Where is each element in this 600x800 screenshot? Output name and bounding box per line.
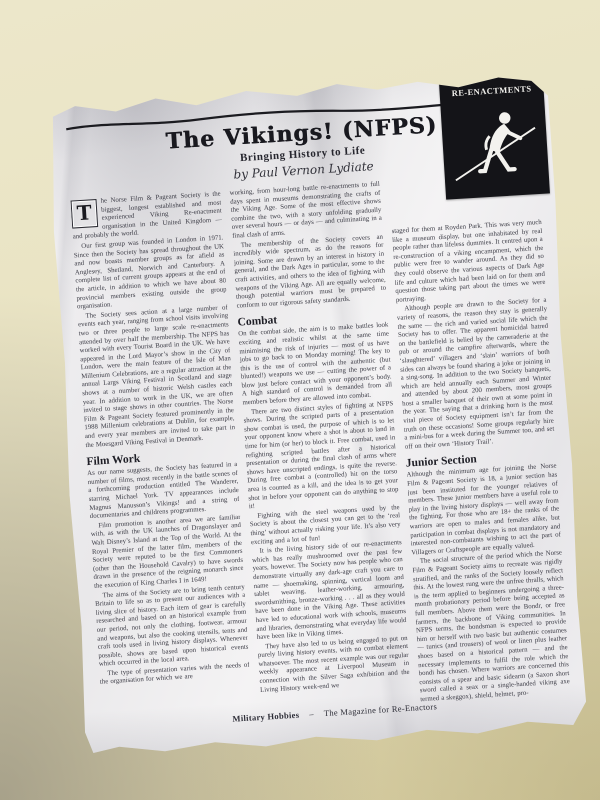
text-column-3: staged for them at Royden Park. This was… xyxy=(389,171,572,719)
body-paragraph: On the combat side, the aim is to make b… xyxy=(238,322,393,408)
drop-cap: T xyxy=(71,199,99,229)
body-paragraph: It is the living history side of our re-… xyxy=(251,539,407,643)
body-paragraph: The Society sees action at a large numbe… xyxy=(77,304,235,450)
photo-of-magazine-page: { "colors":{"surface_khaki":"#e9e3c2","p… xyxy=(0,0,600,800)
body-paragraph: The social structure of the period which… xyxy=(412,550,571,705)
footer-separator: – xyxy=(309,709,314,719)
body-paragraph: The membership of the Society covers an … xyxy=(233,233,387,311)
body-paragraph: Our first group was founded in London in… xyxy=(73,234,227,312)
magazine-page: The Vikings! (NFPS) Bringing History to … xyxy=(44,69,588,759)
body-paragraph: They have also led to us being engaged t… xyxy=(257,635,410,696)
article-body: The Norse Film & Pageant Society is the … xyxy=(70,171,571,739)
text-column-2: working, from hour-long battle re-enactm… xyxy=(229,181,412,729)
body-paragraph: Although the minimum age for joining the… xyxy=(406,463,561,558)
body-paragraph: There are two distinct styles of fightin… xyxy=(243,400,399,512)
re-enactments-badge: RE-ENACTMENTS xyxy=(439,74,550,200)
body-paragraph: staged for them at Royden Park. This was… xyxy=(391,219,546,305)
body-paragraph: Film promotion is another area we are fa… xyxy=(90,514,244,592)
text-column-1: The Norse Film & Pageant Society is the … xyxy=(70,190,253,738)
body-paragraph: working, from hour-long battle re-enactm… xyxy=(229,181,382,242)
page-content: The Vikings! (NFPS) Bringing History to … xyxy=(44,69,588,759)
viking-warrior-spear-icon xyxy=(449,95,540,188)
body-paragraph: Although people are drawn to the Society… xyxy=(396,297,555,452)
body-paragraph: The aims of the Society are to bring ten… xyxy=(94,583,249,669)
body-paragraph: As our name suggests, the Society has fe… xyxy=(87,461,240,522)
